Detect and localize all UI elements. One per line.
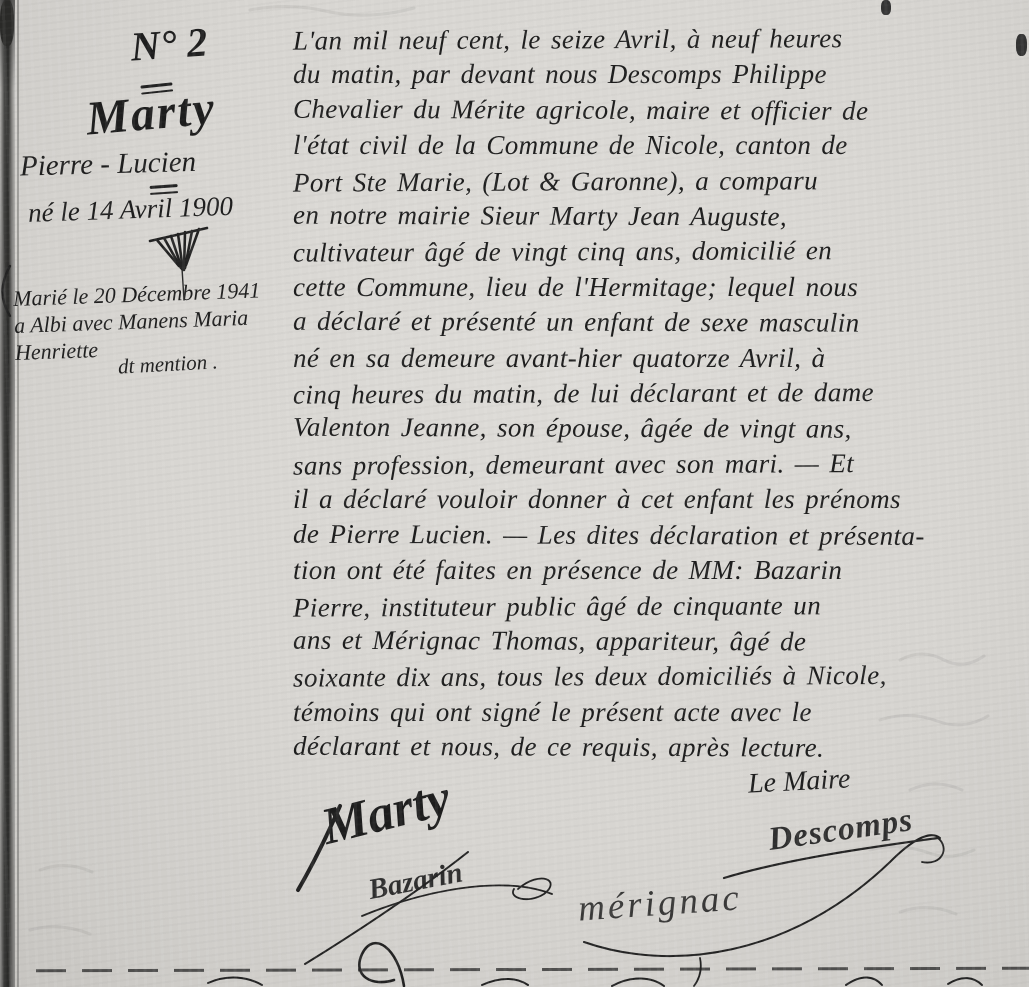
act-line: Pierre, instituteur public âgé de cinqua…: [293, 587, 1017, 626]
signature-mayor: Descomps: [766, 802, 915, 859]
marriage-note-mention: dt mention .: [117, 349, 218, 379]
signature-bazarin-knot: [513, 879, 551, 900]
act-line: témoins qui ont signé le présent acte av…: [293, 695, 1017, 730]
act-line: a déclaré et présenté un enfant de sexe …: [293, 304, 1017, 342]
act-line: l'état civil de la Commune de Nicole, ca…: [293, 128, 1017, 163]
ink-speck: [1016, 34, 1027, 56]
act-text-block: L'an mil neuf cent, le seize Avril, à ne…: [293, 22, 1017, 766]
act-line: tion ont été faites en présence de MM: B…: [293, 553, 1017, 588]
act-line: cultivateur âgé de vingt cinq ans, domic…: [293, 233, 1017, 272]
signature-mayor-hook: [922, 838, 944, 863]
act-separator-line: [36, 967, 1029, 973]
act-line: soixante dix ans, tous les deux domicili…: [293, 658, 1017, 697]
signature-witness-bazarin: Bazarin: [366, 856, 466, 907]
margin-surname: Marty: [34, 76, 268, 151]
act-line: cinq heures du matin, de lui déclarant e…: [293, 374, 1017, 413]
act-line: né en sa demeure avant-hier quatorze Avr…: [293, 341, 1017, 376]
margin-birth-date: né le 14 Avril 1900: [28, 188, 309, 229]
act-line: L'an mil neuf cent, le seize Avril, à ne…: [293, 20, 1017, 59]
margin-given-names: Pierre - Lucien: [20, 143, 291, 183]
closing-le-maire: Le Maire: [747, 763, 851, 800]
act-line: Port Ste Marie, (Lot & Garonne), a compa…: [293, 162, 1017, 201]
signature-declarant: Marty: [316, 768, 456, 857]
binding-shadow: [0, 0, 15, 987]
act-line: en notre mairie Sieur Marty Jean Auguste…: [293, 198, 1017, 236]
act-line: ans et Mérignac Thomas, appariteur, âgé …: [293, 623, 1017, 661]
page-edge-line: [17, 0, 19, 987]
registry-page-scan: N° 2 Marty Pierre - Lucien né le 14 Avri…: [0, 0, 1029, 987]
act-line: déclarant et nous, de ce requis, après l…: [293, 729, 1017, 767]
signature-merignac-tail: [694, 958, 701, 986]
act-number: N° 2: [83, 14, 256, 74]
next-act-partial-strokes: [208, 943, 982, 986]
act-line: Chevalier du Mérite agricole, maire et o…: [293, 92, 1017, 130]
act-line: il a déclaré vouloir donner à cet enfant…: [293, 482, 1017, 517]
act-line: Valenton Jeanne, son épouse, âgée de vin…: [293, 410, 1017, 448]
signature-witness-merignac: mérignac: [577, 876, 743, 930]
ink-speck: [881, 0, 891, 15]
act-line: du matin, par devant nous Descomps Phili…: [293, 57, 1017, 92]
ink-speck: [0, 0, 14, 46]
act-line: de Pierre Lucien. — Les dites déclaratio…: [293, 516, 1017, 554]
act-line: cette Commune, lieu de l'Hermitage; lequ…: [293, 270, 1017, 305]
act-line: sans profession, demeurant avec son mari…: [293, 445, 1017, 484]
